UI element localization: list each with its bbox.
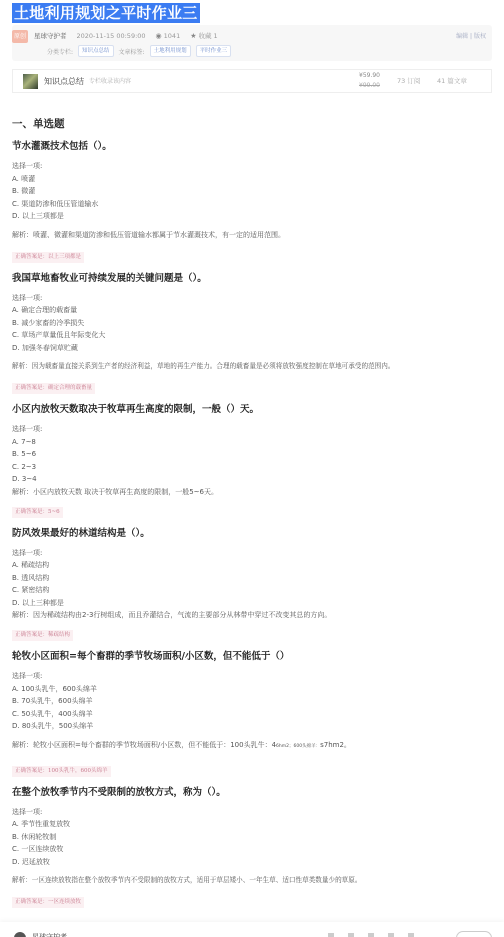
- correct-answer: 正确答案是：稀疏结构: [12, 630, 73, 641]
- question-block: 小区内放牧天数取决于牧草再生高度的限制，一般（）天。 选择一项: A. 7~8 …: [12, 403, 492, 518]
- question-block: 在整个放牧季节内不受限制的放牧方式，称为（）。 选择一项: A. 季节性重复放牧…: [12, 786, 492, 909]
- question-title: 小区内放牧天数取决于牧草再生高度的限制，一般（）天。: [12, 403, 492, 417]
- analysis: 解析：小区内放牧天数 取决于牧草再生高度的限制，一般5~6天。: [12, 486, 492, 498]
- copyright-link[interactable]: 版权: [474, 33, 486, 40]
- analysis-sub: 6hm2；600头绵羊：: [276, 744, 320, 749]
- author-link[interactable]: 星球守护者: [34, 30, 67, 43]
- article-meta: 原创 星球守护者 2020-11-15 00:59:00 ◉1041 ★收藏 1…: [12, 25, 492, 61]
- analysis-main: 解析：轮牧小区面积=每个畜群的季节牧场面积/小区数，但不能低于：100头乳牛：4: [12, 741, 276, 749]
- option: D. 80头乳牛，500头绵羊: [12, 720, 492, 733]
- tags-row: 分类专栏: 知识点总结 文章标签: 土地利用规划 平时作业三: [47, 45, 231, 57]
- title-wrap: 土地利用规划之平时作业三: [12, 3, 200, 23]
- price-old: ¥99.00: [359, 81, 380, 91]
- analysis: 解析：因为稀疏结构由2-3行树组成，而且乔灌结合，气流的主要部分从林带中穿过不改…: [12, 609, 492, 621]
- article-title: 土地利用规划之平时作业三: [12, 3, 200, 23]
- option: A. 7~8: [12, 436, 492, 449]
- publish-datetime: 2020-11-15 00:59:00: [77, 30, 146, 43]
- choose-label: 选择一项:: [12, 806, 492, 819]
- option: D. 以上三项都是: [12, 210, 492, 223]
- comment-icon[interactable]: [348, 933, 354, 937]
- correct-answer: 正确答案是：确定合理的载畜量: [12, 383, 95, 394]
- star-icon: ★: [190, 32, 196, 40]
- analysis: 解析：一区连续放牧指在整个放牧季节内不受限制的放牧方式，适用于草层矮小、一年生草…: [12, 874, 492, 886]
- tags-label: 文章标签:: [119, 47, 145, 56]
- correct-answer: 正确答案是：100头乳牛，600头绵羊: [12, 766, 111, 777]
- favorite-button[interactable]: ★收藏 1: [190, 30, 217, 43]
- option: C. 2~3: [12, 461, 492, 474]
- question-block: 节水灌溉技术包括（）。 选择一项: A. 喷灌 B. 微灌 C. 渠道防渗和低压…: [12, 140, 492, 263]
- follow-button[interactable]: [456, 931, 492, 937]
- option: D. 加强冬春饲草贮藏: [12, 342, 492, 355]
- option: B. 休闲轮牧制: [12, 831, 492, 844]
- column-articles: 41 篇文章: [437, 74, 467, 89]
- option: A. 确定合理的载畜量: [12, 304, 492, 317]
- option: C. 50头乳牛，400头绵羊: [12, 708, 492, 721]
- option: C. 草场产草量低且年际变化大: [12, 329, 492, 342]
- question-title: 在整个放牧季节内不受限制的放牧方式，称为（）。: [12, 786, 492, 800]
- option: A. 喷灌: [12, 173, 492, 186]
- original-badge: 原创: [12, 30, 28, 43]
- footer-author-name[interactable]: 星球守护者: [32, 932, 67, 937]
- option: B. 透风结构: [12, 572, 492, 585]
- choose-label: 选择一项:: [12, 670, 492, 683]
- question-title: 节水灌溉技术包括（）。: [12, 140, 492, 154]
- choose-label: 选择一项:: [12, 547, 492, 560]
- choose-label: 选择一项:: [12, 423, 492, 436]
- choose-label: 选择一项:: [12, 292, 492, 305]
- choose-label: 选择一项:: [12, 160, 492, 173]
- analysis: 解析：因为载畜量直接关系到生产者的经济利益，草地的再生产能力。合理的载畜量是必须…: [12, 360, 492, 372]
- column-desc: 专栏收录该内容: [89, 74, 131, 89]
- question-block: 防风效果最好的林道结构是（）。 选择一项: A. 稀疏结构 B. 透风结构 C.…: [12, 527, 492, 642]
- question-title: 轮牧小区面积=每个畜群的季节牧场面积/小区数，但不能低于（）: [12, 650, 492, 664]
- separator: |: [470, 33, 472, 40]
- option: B. 减少家畜的冷季损失: [12, 317, 492, 330]
- edit-link[interactable]: 编辑: [456, 33, 468, 40]
- eye-icon: ◉: [156, 32, 162, 40]
- correct-answer: 正确答案是：一区连续放牧: [12, 897, 84, 908]
- tag-item[interactable]: 平时作业三: [196, 45, 232, 57]
- meta-row: 星球守护者 2020-11-15 00:59:00 ◉1041 ★收藏 1: [34, 30, 218, 43]
- column-subscribers: 73 订阅: [397, 74, 420, 89]
- share-icon[interactable]: [388, 933, 394, 937]
- option: C. 一区连续放牧: [12, 843, 492, 856]
- option: D. 迟延放牧: [12, 856, 492, 869]
- favorite-icon[interactable]: [368, 933, 374, 937]
- analysis: 解析：轮牧小区面积=每个畜群的季节牧场面积/小区数，但不能低于：100头乳牛：4…: [12, 739, 492, 753]
- more-icon[interactable]: [408, 933, 414, 937]
- correct-answer: 正确答案是：以上三项都是: [12, 252, 84, 263]
- like-icon[interactable]: [328, 933, 334, 937]
- question-title: 防风效果最好的林道结构是（）。: [12, 527, 492, 541]
- tag-item[interactable]: 土地利用规划: [150, 45, 191, 57]
- price-current: ¥59.90: [359, 71, 380, 81]
- toolbar-icons: [328, 933, 414, 937]
- option: A. 稀疏结构: [12, 559, 492, 572]
- analysis-tail: s7hm2。: [320, 741, 351, 749]
- question-title: 我国草地畜牧业可持续发展的关键问题是（）。: [12, 272, 492, 286]
- option: A. 季节性重复放牧: [12, 818, 492, 831]
- option: B. 70头乳牛，600头绵羊: [12, 695, 492, 708]
- question-block: 我国草地畜牧业可持续发展的关键问题是（）。 选择一项: A. 确定合理的载畜量 …: [12, 272, 492, 395]
- option: B. 5~6: [12, 448, 492, 461]
- option: D. 以上三种都是: [12, 597, 492, 610]
- option: A. 100头乳牛，600头绵羊: [12, 683, 492, 696]
- option: B. 微灌: [12, 185, 492, 198]
- views-count: 1041: [164, 32, 181, 40]
- category-tag[interactable]: 知识点总结: [78, 45, 114, 57]
- column-price: ¥59.90 ¥99.00: [359, 71, 380, 91]
- article-content: 一、单选题 节水灌溉技术包括（）。 选择一项: A. 喷灌 B. 微灌 C. 渠…: [12, 116, 492, 908]
- views: ◉1041: [156, 30, 181, 43]
- column-thumbnail: [23, 74, 38, 89]
- analysis: 解析：喷灌、微灌和渠道防渗和低压管道输水都属于节水灌溉技术，有一定的适用范围。: [12, 229, 492, 241]
- column-name[interactable]: 知识点总结: [44, 74, 84, 89]
- option: C. 渠道防渗和低压管道输水: [12, 198, 492, 211]
- favorite-label: 收藏 1: [198, 32, 217, 40]
- option: C. 紧密结构: [12, 584, 492, 597]
- author-toolbar: 星球守护者: [0, 922, 504, 937]
- meta-right: 编辑 | 版权: [456, 30, 486, 43]
- option: D. 3~4: [12, 473, 492, 486]
- correct-answer: 正确答案是：5~6: [12, 507, 63, 518]
- category-label: 分类专栏:: [47, 47, 73, 56]
- avatar[interactable]: [14, 932, 26, 937]
- section-heading: 一、单选题: [12, 116, 492, 132]
- question-block: 轮牧小区面积=每个畜群的季节牧场面积/小区数，但不能低于（） 选择一项: A. …: [12, 650, 492, 777]
- column-card[interactable]: 知识点总结 专栏收录该内容 ¥59.90 ¥99.00 73 订阅 41 篇文章: [12, 69, 492, 93]
